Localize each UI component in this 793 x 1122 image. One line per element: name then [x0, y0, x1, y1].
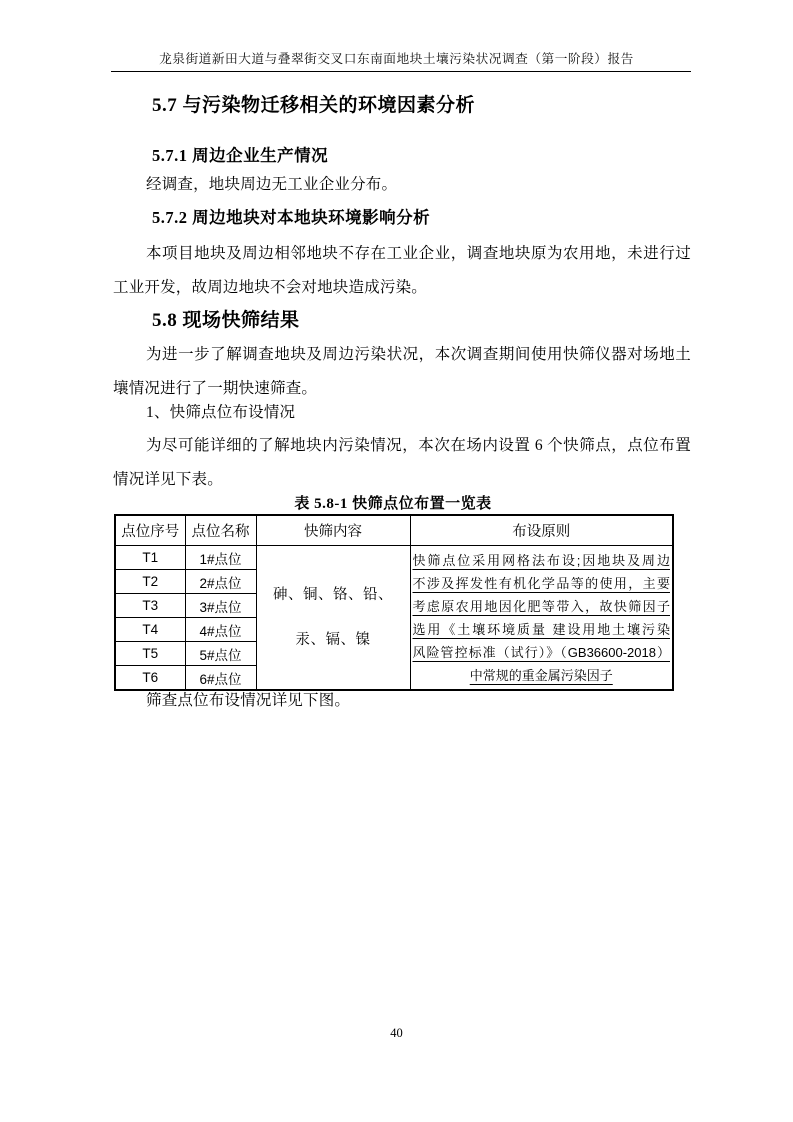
section-heading-5-7-2: 5.7.2 周边地块对本地块环境影响分析: [152, 204, 430, 228]
table-header-row: 点位序号 点位名称 快筛内容 布设原则: [115, 515, 673, 546]
page-number: 40: [0, 1026, 793, 1041]
principle-line-4: 选用《土壤环境质量 建设用地土壤污染: [413, 618, 671, 641]
principle-line-1: 快筛点位采用网格法布设;因地块及周边: [413, 549, 671, 572]
point-id-cell: T2: [115, 570, 185, 594]
point-id-cell: T4: [115, 618, 185, 642]
point-name-cell: 5#点位: [185, 642, 256, 666]
col-header-point-index: 点位序号: [115, 515, 185, 546]
section-heading-5-7: 5.7 与污染物迁移相关的环境因素分析: [152, 90, 475, 117]
screening-content-cell: 砷、铜、铬、铅、汞、镉、镍: [256, 546, 410, 691]
point-name-cell: 2#点位: [185, 570, 256, 594]
principle-line-3: 考虑原农用地因化肥等带入，故快筛因子: [413, 595, 671, 618]
layout-principle-cell: 快筛点位采用网格法布设;因地块及周边 不涉及挥发性有机化学品等的使用，主要 考虑…: [410, 546, 673, 691]
point-id-cell: T5: [115, 642, 185, 666]
section-heading-5-8: 5.8 现场快筛结果: [152, 305, 300, 332]
point-name-cell: 4#点位: [185, 618, 256, 642]
point-id-cell: T1: [115, 546, 185, 570]
point-name-cell: 3#点位: [185, 594, 256, 618]
section-heading-5-7-1: 5.7.1 周边企业生产情况: [152, 142, 328, 166]
table-row: T1 1#点位 砷、铜、铬、铅、汞、镉、镍 快筛点位采用网格法布设;因地块及周边…: [115, 546, 673, 570]
point-name-cell: 6#点位: [185, 666, 256, 691]
screening-points-table: 点位序号 点位名称 快筛内容 布设原则 T1 1#点位 砷、铜、铬、铅、汞、镉、…: [114, 514, 674, 691]
paragraph-after-table: 筛查点位布设情况详见下图。: [146, 688, 350, 710]
paragraph-5-8-layout: 为尽可能详细的了解地块内污染情况，本次在场内设置 6 个快筛点，点位布置情况详见…: [113, 429, 691, 496]
col-header-layout-principle: 布设原则: [410, 515, 673, 546]
point-name-cell: 1#点位: [185, 546, 256, 570]
principle-line-2: 不涉及挥发性有机化学品等的使用，主要: [413, 572, 671, 595]
header-rule: [111, 71, 691, 72]
principle-line-6: 中常规的重金属污染因子: [413, 664, 671, 687]
col-header-point-name: 点位名称: [185, 515, 256, 546]
point-id-cell: T6: [115, 666, 185, 691]
table-caption: 表 5.8-1 快筛点位布置一览表: [114, 492, 672, 513]
principle-line-5: 风险管控标准（试行）》（GB36600-2018）: [413, 641, 671, 664]
paragraph-5-7-2: 本项目地块及周边相邻地块不存在工业企业，调查地块原为农用地，未进行过工业开发，故…: [113, 237, 691, 304]
list-item-screening-points: 1、快筛点位布设情况: [146, 400, 295, 422]
paragraph-5-8-intro: 为进一步了解调查地块及周边污染状况，本次调查期间使用快筛仪器对场地土壤情况进行了…: [113, 338, 691, 405]
point-id-cell: T3: [115, 594, 185, 618]
report-page: 龙泉街道新田大道与叠翠街交叉口东南面地块土壤污染状况调查（第一阶段）报告 5.7…: [0, 0, 793, 1122]
running-header: 龙泉街道新田大道与叠翠街交叉口东南面地块土壤污染状况调查（第一阶段）报告: [0, 48, 793, 67]
paragraph-5-7-1: 经调查，地块周边无工业企业分布。: [146, 172, 397, 194]
col-header-screening-content: 快筛内容: [256, 515, 410, 546]
